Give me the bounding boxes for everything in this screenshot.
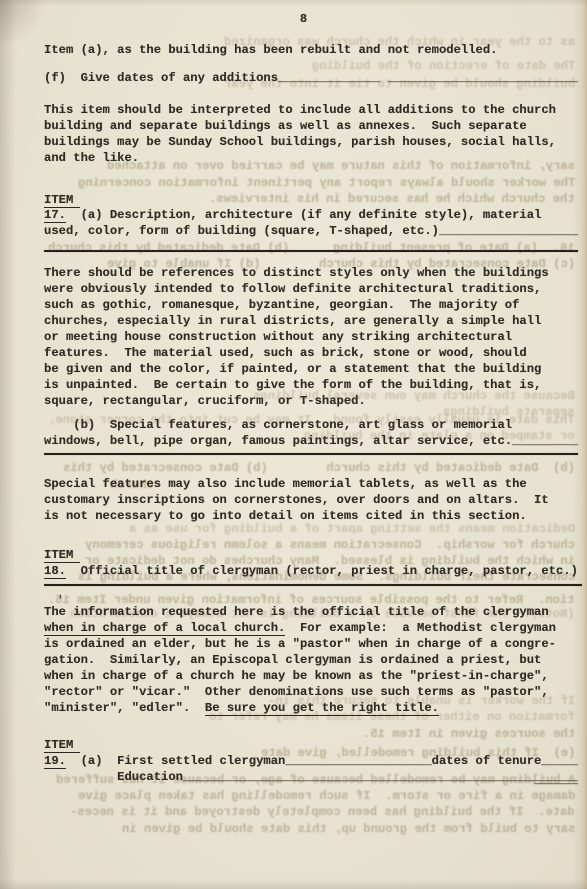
item-label: ITEM — [44, 193, 80, 208]
answer-rule — [44, 584, 582, 586]
item17-number: 17. — [44, 208, 66, 223]
item-label: ITEM — [44, 738, 80, 753]
item19-question: 19. (a) First settled clergyman_________… — [44, 753, 587, 785]
intro-explanation: This item should be interpreted to inclu… — [44, 102, 587, 166]
underlined-phrase: when in charge of a local church. — [44, 621, 285, 636]
item18-question-text: Official title of clergyman (rector, pri… — [66, 564, 578, 578]
item17-question-a-text: (a) Description, architecture (if any de… — [44, 208, 578, 238]
bleedthrough-line: damage in a fire or storm. If such remod… — [78, 788, 575, 804]
bleedthrough-line: The worker should always report any pert… — [78, 175, 575, 191]
intro-remark: Item (a), as the building has been rebui… — [44, 42, 587, 58]
item19-number: 19. — [44, 754, 66, 769]
page-number: 8 — [20, 11, 587, 27]
item17-question-b: (b) Special features, as cornerstone, ar… — [44, 417, 587, 449]
item-label: ITEM — [44, 548, 80, 563]
item17-heading: ITEM — [44, 192, 587, 208]
item18-explanation: The information requested here is the of… — [44, 604, 587, 716]
bleedthrough-line: 16. (a) Date of present building (b) Dat… — [48, 240, 575, 256]
item18-number: 18. — [44, 564, 66, 579]
item19-heading: ITEM — [44, 737, 587, 753]
item17-explanation-b: Special features may also include memori… — [44, 476, 587, 524]
explanation-text: The information requested here is the of… — [44, 605, 549, 619]
item18-question: 18. Official title of clergyman (rector,… — [44, 563, 587, 579]
bleedthrough-line: (b) Date dedicated by this church (b) Da… — [63, 460, 575, 476]
bleedthrough-line: date. If the building has been completel… — [70, 804, 575, 820]
field-f-dates-of-additions: (f) Give dates of any additions_________… — [44, 70, 587, 86]
item17-explanation-a: There should be references to distinct s… — [44, 265, 587, 409]
item18-heading: ITEM — [44, 547, 587, 563]
item17-question-a: 17. (a) Description, architecture (if an… — [44, 207, 587, 239]
document-page: as to the year in which the church was o… — [0, 0, 587, 889]
item19-extra-blank: ______ — [534, 772, 584, 788]
answer-rule — [44, 453, 578, 455]
answer-rule — [44, 250, 578, 252]
bleedthrough-line: sary to build from the ground up, this d… — [122, 821, 575, 837]
underlined-phrase: Be sure you get the right title. — [205, 701, 439, 716]
item19-question-text: (a) First settled clergyman_____________… — [44, 754, 578, 784]
